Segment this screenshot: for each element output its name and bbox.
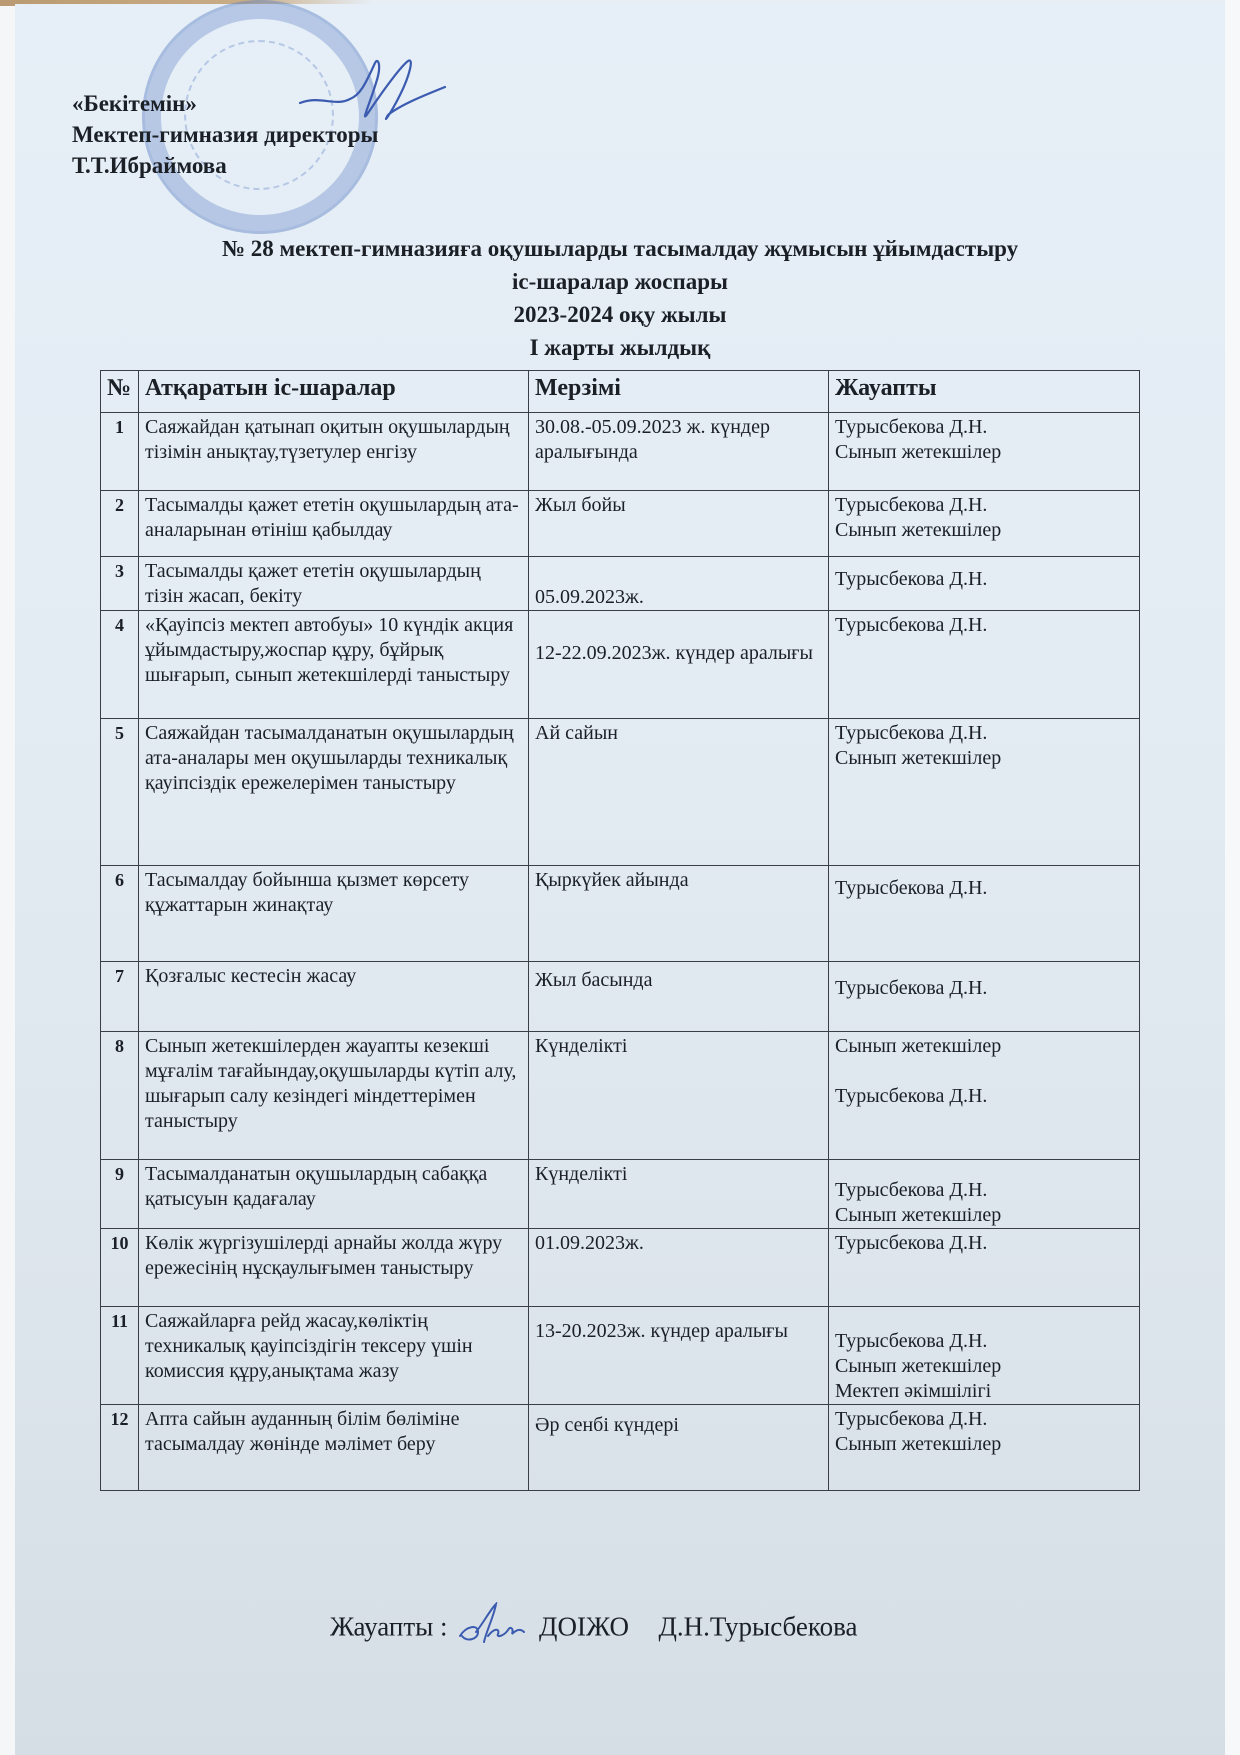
responsible-person: Сынып жетекшілер <box>835 1203 1133 1228</box>
row-activity: Тасымалды қажет ететін оқушылардың тізін… <box>139 557 529 611</box>
row-number: 8 <box>101 1032 139 1160</box>
row-number: 1 <box>101 413 139 491</box>
table-header-row: № Атқаратын іс-шаралар Мерзімі Жауапты <box>101 371 1140 413</box>
responsible-person: Турысбекова Д.Н. <box>835 1084 1133 1109</box>
row-responsible: Турысбекова Д.Н. <box>829 866 1140 962</box>
footer-name: Д.Н.Турысбекова <box>658 1612 857 1642</box>
row-term: 13-20.2023ж. күндер аралығы <box>529 1307 829 1405</box>
header-activity: Атқаратын іс-шаралар <box>139 371 529 413</box>
responsible-person: Сынып жетекшілер <box>835 1034 1133 1059</box>
row-term: Әр сенбі күндері <box>529 1405 829 1491</box>
footer-signature-line: Жауапты : ДОІЖО Д.Н.Турысбекова <box>330 1602 858 1652</box>
spacer <box>835 1059 1133 1084</box>
header-responsible: Жауапты <box>829 371 1140 413</box>
responsible-person: Сынып жетекшілер <box>835 1432 1133 1457</box>
header-number: № <box>101 371 139 413</box>
document-title: № 28 мектеп-гимназияға оқушыларды тасыма… <box>60 232 1180 364</box>
row-responsible: Турысбекова Д.Н.Сынып жетекшілерМектеп ә… <box>829 1307 1140 1405</box>
table-row: 12 Апта сайын ауданның білім бөліміне та… <box>101 1405 1140 1491</box>
activity-plan-table: № Атқаратын іс-шаралар Мерзімі Жауапты 1… <box>100 370 1140 1491</box>
title-line-2: іс-шаралар жоспары <box>60 265 1180 298</box>
table-row: 2Тасымалды қажет ететін оқушылардың ата-… <box>101 491 1140 557</box>
row-activity: Сынып жетекшілерден жауапты кезекші мұға… <box>139 1032 529 1160</box>
row-number: 5 <box>101 719 139 866</box>
row-activity: Тасымалданатын оқушылардың сабаққа қатыс… <box>139 1160 529 1229</box>
row-number: 11 <box>101 1307 139 1405</box>
row-number: 10 <box>101 1229 139 1307</box>
responsible-person: Сынып жетекшілер <box>835 518 1133 543</box>
row-number: 12 <box>101 1405 139 1491</box>
row-term: 12-22.09.2023ж. күндер аралығы <box>529 611 829 719</box>
row-responsible: Турысбекова Д.Н. <box>829 962 1140 1032</box>
row-number: 3 <box>101 557 139 611</box>
responsible-person: Сынып жетекшілер <box>835 1354 1133 1379</box>
row-term: Күнделікті <box>529 1160 829 1229</box>
row-number: 7 <box>101 962 139 1032</box>
row-responsible: Турысбекова Д.Н.Сынып жетекшілер <box>829 413 1140 491</box>
row-responsible: Турысбекова Д.Н. <box>829 1229 1140 1307</box>
row-activity: Саяжайдан тасымалданатын оқушылардың ата… <box>139 719 529 866</box>
row-activity: Тасымалдау бойынша қызмет көрсету құжатт… <box>139 866 529 962</box>
table-row: 6Тасымалдау бойынша қызмет көрсету құжат… <box>101 866 1140 962</box>
table-row: 5Саяжайдан тасымалданатын оқушылардың ат… <box>101 719 1140 866</box>
responsible-person: Турысбекова Д.Н. <box>835 493 1133 518</box>
row-number: 6 <box>101 866 139 962</box>
title-line-4: I жарты жылдық <box>60 331 1180 364</box>
row-activity: Қозғалыс кестесін жасау <box>139 962 529 1032</box>
row-term: 05.09.2023ж. <box>529 557 829 611</box>
row-activity: Тасымалды қажет ететін оқушылардың ата-а… <box>139 491 529 557</box>
row-responsible: Турысбекова Д.Н. <box>829 611 1140 719</box>
responsible-person: Турысбекова Д.Н. <box>835 1231 1133 1256</box>
row-responsible: Турысбекова Д.Н.Сынып жетекшілер <box>829 491 1140 557</box>
approval-block: «Бекітемін» Мектеп-гимназия директоры Т.… <box>72 88 378 181</box>
responsible-person: Турысбекова Д.Н. <box>835 721 1133 746</box>
responsible-person: Турысбекова Д.Н. <box>835 876 1133 901</box>
row-activity: Саяжайдан қатынап оқитын оқушылардың тіз… <box>139 413 529 491</box>
row-responsible: Турысбекова Д.Н.Сынып жетекшілер <box>829 1160 1140 1229</box>
approval-heading: «Бекітемін» <box>72 88 378 119</box>
row-activity: Көлік жүргізушілерді арнайы жолда жүру е… <box>139 1229 529 1307</box>
responsible-person: Мектеп әкімшілігі <box>835 1379 1133 1404</box>
row-number: 4 <box>101 611 139 719</box>
responsible-person: Турысбекова Д.Н. <box>835 415 1133 440</box>
row-responsible: Турысбекова Д.Н. <box>829 557 1140 611</box>
table-row: 10Көлік жүргізушілерді арнайы жолда жүру… <box>101 1229 1140 1307</box>
table-row: 8Сынып жетекшілерден жауапты кезекші мұғ… <box>101 1032 1140 1160</box>
row-term: Жыл басында <box>529 962 829 1032</box>
photo-margin <box>1225 0 1240 1755</box>
header-term: Мерзімі <box>529 371 829 413</box>
row-term: Жыл бойы <box>529 491 829 557</box>
row-responsible: Турысбекова Д.Н.Сынып жетекшілер <box>829 719 1140 866</box>
row-responsible: Сынып жетекшілерТурысбекова Д.Н. <box>829 1032 1140 1160</box>
footer-label: Жауапты : <box>330 1612 448 1642</box>
title-line-1: № 28 мектеп-гимназияға оқушыларды тасыма… <box>60 232 1180 265</box>
row-term: 30.08.-05.09.2023 ж. күндер аралығында <box>529 413 829 491</box>
table-row: 7Қозғалыс кестесін жасауЖыл басындаТурыс… <box>101 962 1140 1032</box>
approval-name: Т.Т.Ибраймова <box>72 150 378 181</box>
responsible-person: Сынып жетекшілер <box>835 440 1133 465</box>
table-row: 9Тасымалданатын оқушылардың сабаққа қаты… <box>101 1160 1140 1229</box>
row-term: Ай сайын <box>529 719 829 866</box>
responsible-person: Сынып жетекшілер <box>835 746 1133 771</box>
row-term: Күнделікті <box>529 1032 829 1160</box>
row-activity: Апта сайын ауданның білім бөліміне тасым… <box>139 1405 529 1491</box>
responsible-signature-icon <box>454 1602 532 1652</box>
table-row: 4«Қауіпсіз мектеп автобуы» 10 күндік акц… <box>101 611 1140 719</box>
row-responsible: Турысбекова Д.Н.Сынып жетекшілер <box>829 1405 1140 1491</box>
responsible-person: Турысбекова Д.Н. <box>835 976 1133 1001</box>
table-row: 3Тасымалды қажет ететін оқушылардың тізі… <box>101 557 1140 611</box>
responsible-person: Турысбекова Д.Н. <box>835 1407 1133 1432</box>
row-activity: «Қауіпсіз мектеп автобуы» 10 күндік акци… <box>139 611 529 719</box>
responsible-person: Турысбекова Д.Н. <box>835 567 1133 592</box>
approval-position: Мектеп-гимназия директоры <box>72 119 378 150</box>
responsible-person: Турысбекова Д.Н. <box>835 1178 1133 1203</box>
table-row: 1Саяжайдан қатынап оқитын оқушылардың ті… <box>101 413 1140 491</box>
row-number: 2 <box>101 491 139 557</box>
footer-position: ДОІЖО <box>539 1612 629 1642</box>
row-term: 01.09.2023ж. <box>529 1229 829 1307</box>
table-row: 11Саяжайларға рейд жасау,көліктің техник… <box>101 1307 1140 1405</box>
row-number: 9 <box>101 1160 139 1229</box>
row-activity: Саяжайларға рейд жасау,көліктің техникал… <box>139 1307 529 1405</box>
row-term: Қыркүйек айында <box>529 866 829 962</box>
responsible-person: Турысбекова Д.Н. <box>835 1329 1133 1354</box>
title-line-3: 2023-2024 оқу жылы <box>60 298 1180 331</box>
responsible-person: Турысбекова Д.Н. <box>835 613 1133 638</box>
